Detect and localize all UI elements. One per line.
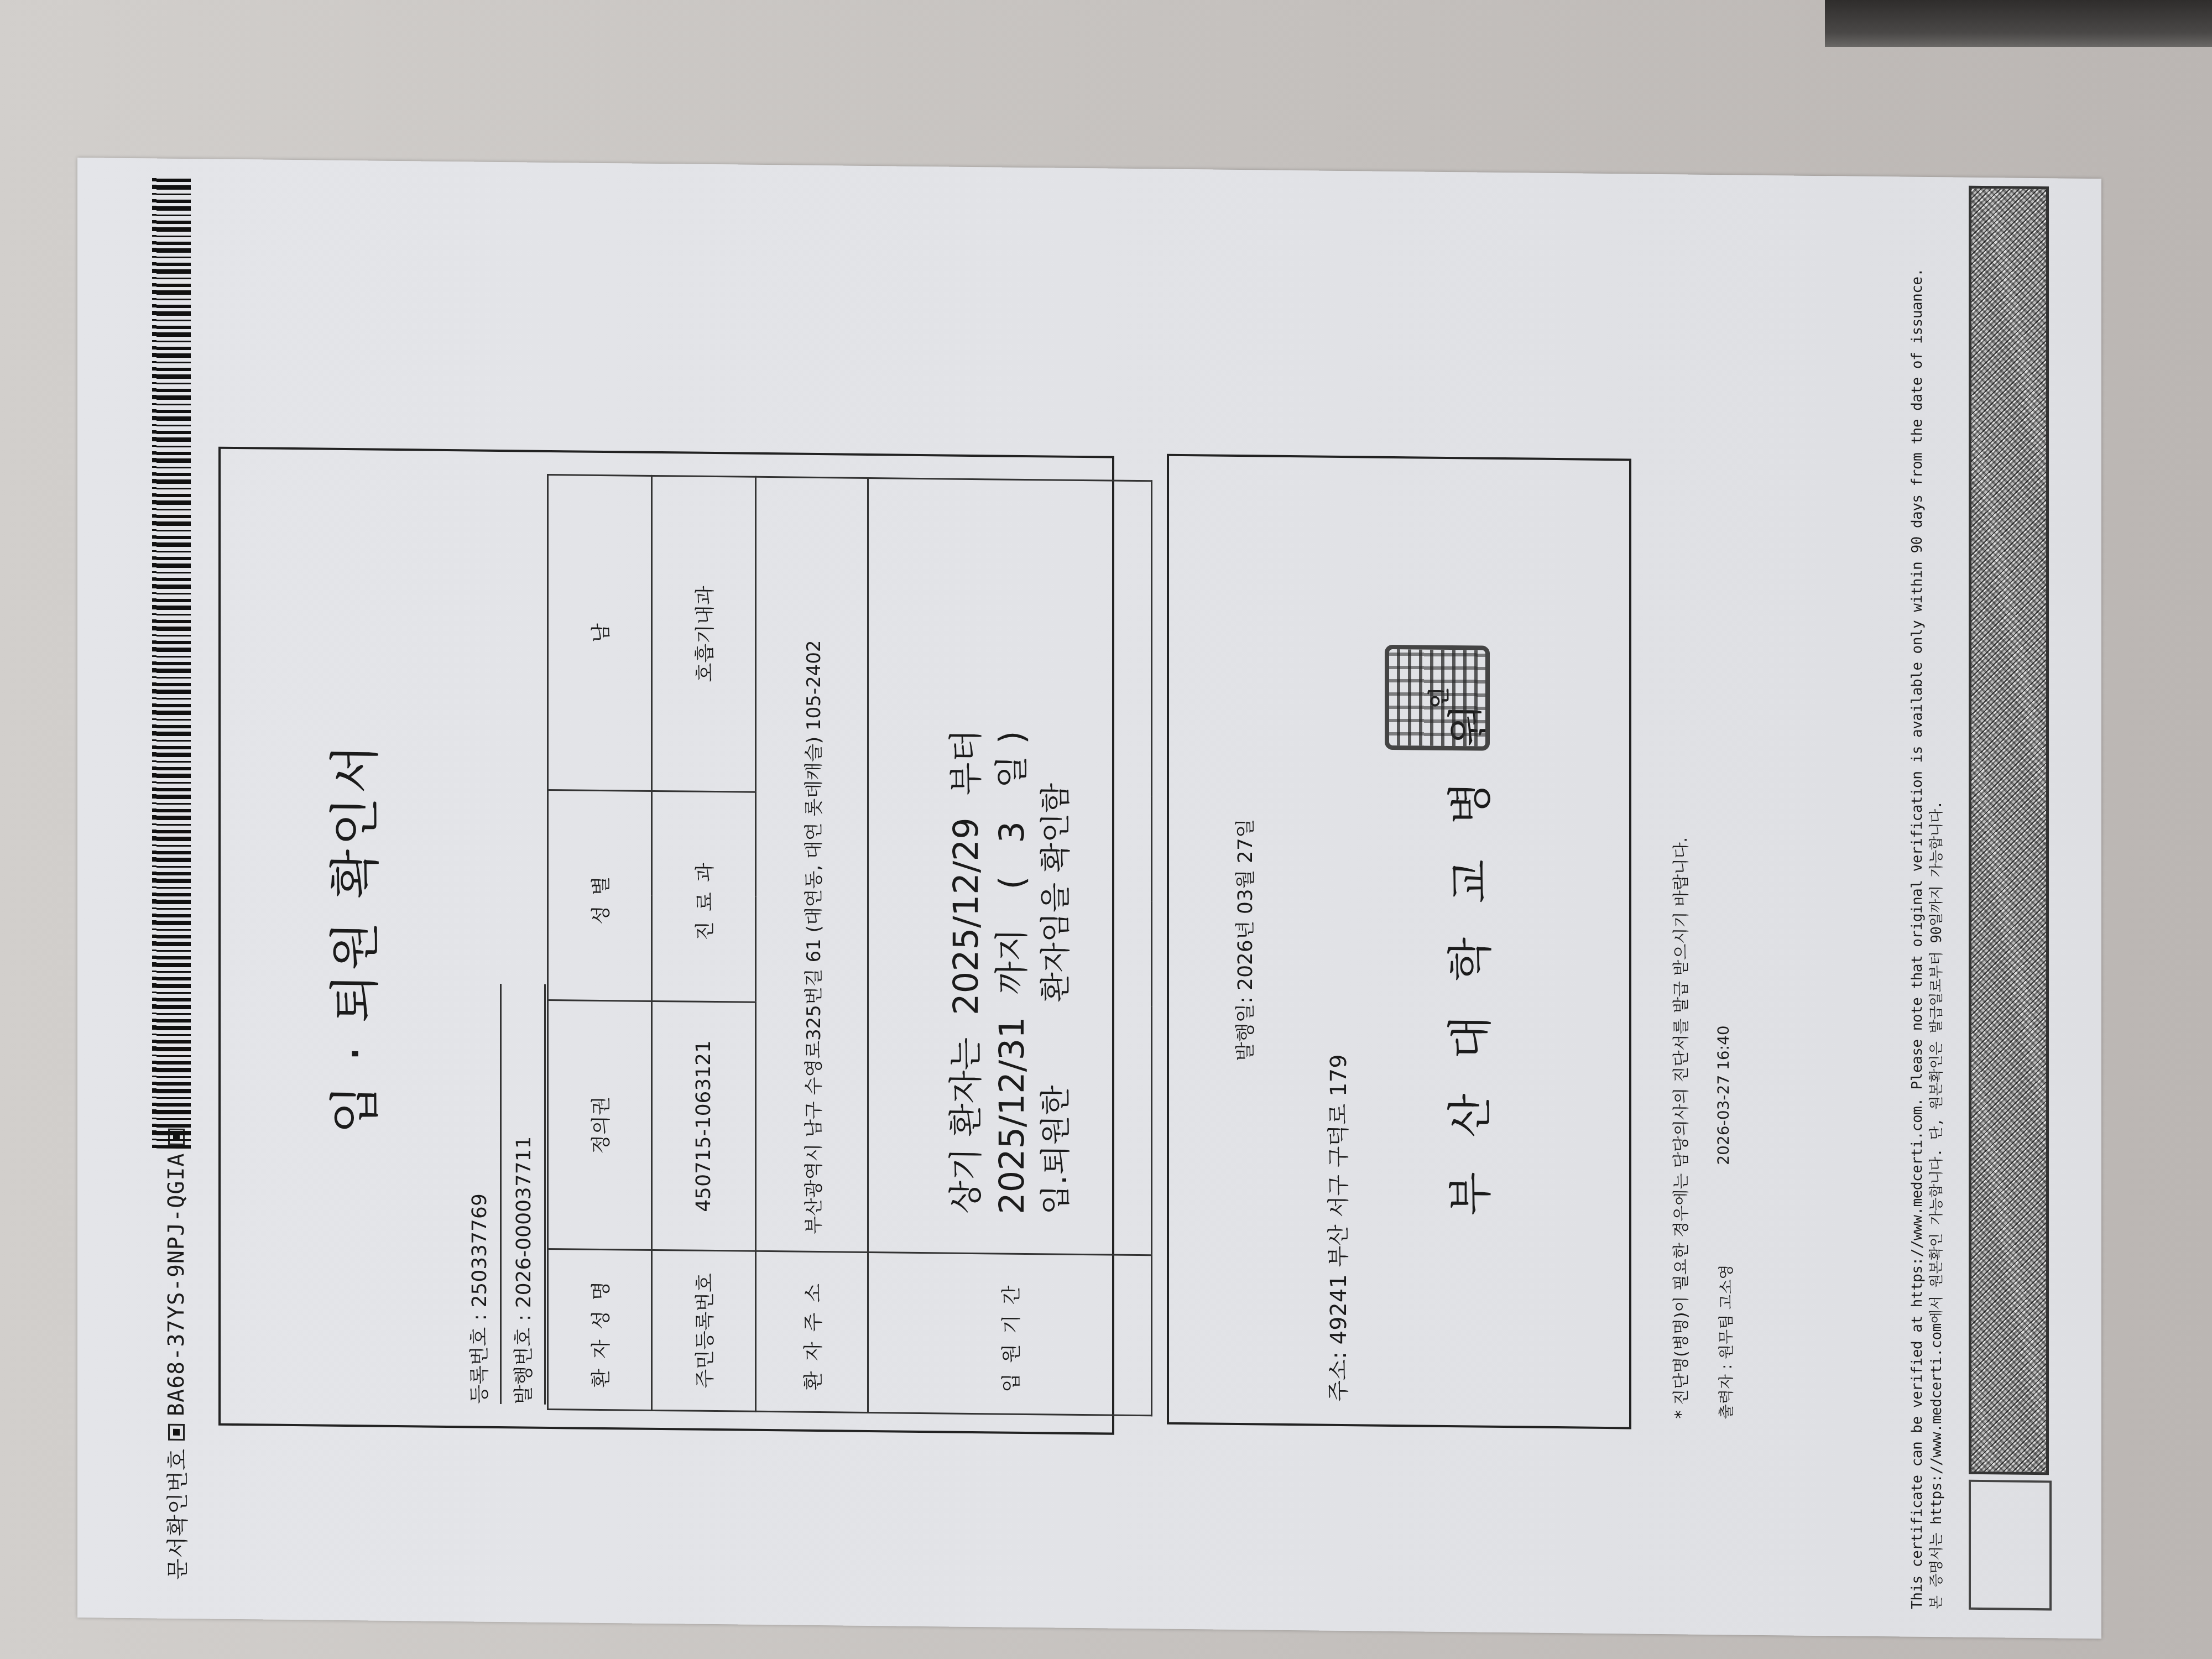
- footer-korean: 본 증명서는 https://www.medcerti.com에서 원본확인 가…: [1927, 182, 1947, 1609]
- period-line-1: 상기 환자는 2025/12/29 부터: [943, 485, 989, 1214]
- separator: :: [513, 1314, 535, 1322]
- security-pattern-2d-barcode: [1969, 186, 2049, 1475]
- department-value: 호흡기내과: [652, 476, 756, 792]
- issue-number-line: 발행번호 : 2026-000037711: [508, 984, 546, 1405]
- resident-number-label: 주민등록번호: [652, 1250, 756, 1411]
- paper: 문서확인번호 BA68-37YS-9NPJ-QGIA 입 · 퇴원 확인서 등록…: [77, 158, 2101, 1639]
- printed-at: 2026-03-27 16:40: [1714, 1025, 1736, 1165]
- confirmation-b: 환자임을 확인함: [1035, 782, 1077, 1002]
- table-row: 환자주소 부산광역시 남구 수영로325번길 61 (대연동, 대연 롯데캐슬)…: [756, 477, 868, 1412]
- registration-number-line: 등록번호 : 250337769: [464, 983, 502, 1404]
- doc-verification-row: 문서확인번호 BA68-37YS-9NPJ-QGIA: [160, 1128, 192, 1580]
- verification-footer: This certificate can be verified at http…: [1908, 182, 1947, 1610]
- doc-verification-label: 문서확인번호: [160, 1448, 192, 1580]
- printer-line: 출력자 : 원무팀 고소영 2026-03-27 16:40: [1714, 1025, 1736, 1419]
- footer-english: This certificate can be verified at http…: [1908, 182, 1927, 1609]
- sex-value: 남: [548, 474, 652, 791]
- period-until: 까지: [989, 928, 1035, 995]
- patient-info-table: 환자성명 정의권 성별 남 주민등록번호 450715-1063121 진료과 …: [547, 474, 1152, 1416]
- seal-text: 인: [1422, 687, 1453, 708]
- issue-number-label: 발행번호: [513, 1327, 535, 1405]
- sex-label: 성별: [548, 790, 652, 1001]
- document-page: 문서확인번호 BA68-37YS-9NPJ-QGIA 입 · 퇴원 확인서 등록…: [77, 158, 2101, 1639]
- admission-period: 상기 환자는 2025/12/29 부터 2025/12/31 까지 ( 3 일…: [868, 478, 1152, 1255]
- period-line-3: 입.퇴원한 환자임을 확인함: [1035, 486, 1077, 1215]
- address-label: 환자주소: [756, 1251, 868, 1412]
- marker-square-icon: [168, 1424, 185, 1441]
- certificate-box: 입 · 퇴원 확인서 등록번호 : 250337769 발행번호 : 2026-…: [218, 447, 1114, 1435]
- registration-number-label: 등록번호: [468, 1327, 491, 1404]
- issue-date-value: 2026년 03월 27일: [1234, 818, 1257, 990]
- admission-period-label: 입원기간: [868, 1252, 1152, 1415]
- period-from: 부터: [943, 729, 989, 796]
- confirmation-a: 입.퇴원한: [1035, 1085, 1077, 1215]
- blank-box: [1969, 1480, 2052, 1611]
- admission-start-date: 2025/12/29: [943, 817, 989, 1015]
- admission-end-date: 2025/12/31: [989, 1016, 1035, 1214]
- issue-date-label: 발행일: [1234, 1003, 1257, 1061]
- document-title: 입 · 퇴원 확인서: [315, 450, 388, 1425]
- issue-number: 2026-000037711: [513, 1136, 535, 1308]
- patient-name-label: 환자성명: [548, 1249, 652, 1410]
- hospital-address: 주소: 49241 부산 서구 구덕로 179: [1321, 1054, 1353, 1402]
- admission-days: ( 3 일): [989, 719, 1035, 890]
- doc-verification-code: BA68-37YS-9NPJ-QGIA: [164, 1152, 189, 1416]
- separator: :: [468, 1314, 491, 1321]
- official-seal-icon: 인: [1385, 645, 1490, 751]
- table-row: 입원기간 상기 환자는 2025/12/29 부터 2025/12/31 까지 …: [868, 478, 1152, 1415]
- table-row: 주민등록번호 450715-1063121 진료과 호흡기내과: [652, 476, 756, 1411]
- registration-number: 250337769: [468, 1193, 491, 1308]
- issue-date: 발행일: 2026년 03월 27일: [1230, 457, 1258, 1423]
- resident-number: 450715-1063121: [652, 1001, 756, 1251]
- period-line-2: 2025/12/31 까지 ( 3 일): [989, 486, 1035, 1214]
- period-prefix: 상기 환자는: [943, 1037, 989, 1214]
- diagnosis-note: * 진단명(병명)이 필요한 경우에는 담당의사의 진단서를 발급 받으시기 바…: [1667, 837, 1692, 1419]
- printer-name: 출력자 : 원무팀 고소영: [1714, 1264, 1736, 1419]
- hospital-name: 부산대학교병원: [1434, 459, 1499, 1426]
- table-row: 환자성명 정의권 성별 남: [548, 474, 652, 1410]
- address-value: 부산광역시 남구 수영로325번길 61 (대연동, 대연 롯데캐슬) 105-…: [756, 477, 868, 1252]
- barcode: [152, 175, 191, 1149]
- dark-edge: [1825, 0, 2212, 47]
- department-label: 진료과: [652, 791, 756, 1002]
- patient-name: 정의권: [548, 1000, 652, 1250]
- issuer-box: 발행일: 2026년 03월 27일 주소: 49241 부산 서구 구덕로 1…: [1167, 454, 1631, 1430]
